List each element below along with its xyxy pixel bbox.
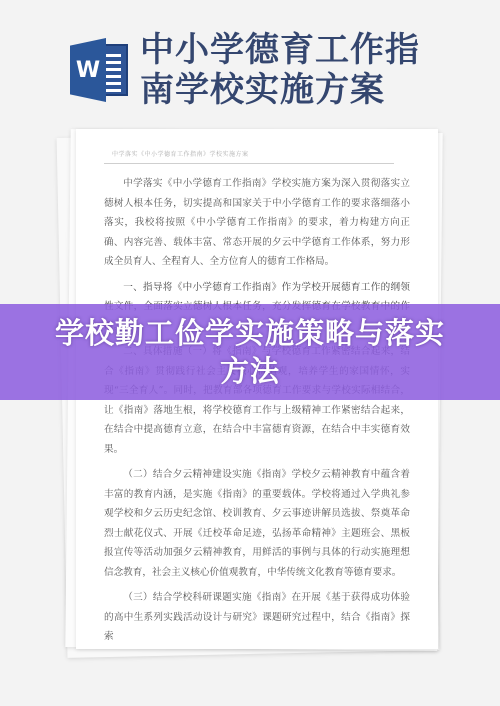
document-title-line-1: 中小学德育工作指	[140, 30, 420, 70]
paragraph-section-2c: （三）结合学校科研课题实施《指南》在开展《基于获得成功体验的高中生系列实践活动设…	[104, 588, 410, 647]
document-title: 中小学德育工作指 南学校实施方案	[140, 30, 420, 110]
document-title-banner: W 中小学德育工作指 南学校实施方案	[70, 30, 450, 110]
word-icon-letter: W	[70, 38, 106, 102]
document-body: 中学落实《中小学德育工作指南》学校实施方案为深入贯彻落实立德树人根本任务，切实提…	[104, 174, 410, 647]
headline-text: 学校勤工俭学实施策略与落实方法	[50, 314, 450, 390]
paragraph-section-2b: （二）结合夕云精神建设实施《指南》学校夕云精神教育中蕴含着丰富的教育内涵，是实施…	[104, 465, 410, 582]
headline-overlay-band: 学校勤工俭学实施策略与落实方法	[0, 304, 500, 400]
running-header: 中学落实《中小学德育工作指南》学校实施方案	[104, 149, 394, 164]
document-title-line-2: 南学校实施方案	[140, 70, 420, 110]
paragraph-intro: 中学落实《中小学德育工作指南》学校实施方案为深入贯彻落实立德树人根本任务，切实提…	[104, 174, 410, 272]
word-document-icon: W	[70, 38, 128, 102]
